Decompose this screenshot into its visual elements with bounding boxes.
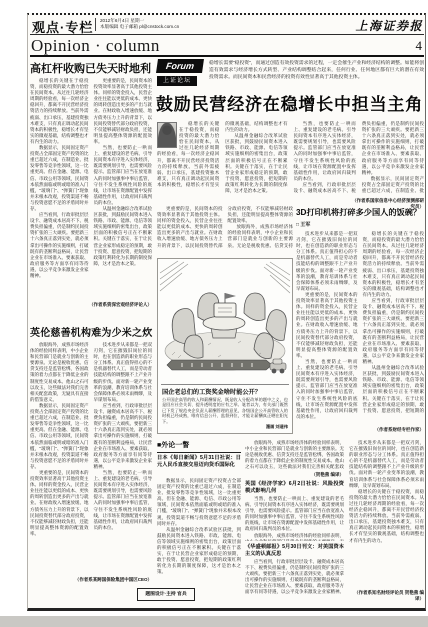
foreign-item2-body: 当然，也要防止一哄而上、重复建设的老毛病。引导民间资本有序进入实体经济，既需要规…: [245, 496, 344, 541]
paragraph: 从温州金融综合改革试验区获批，到鼓励民间资本进入铁路、市政、能源、电信等领域实施…: [225, 133, 287, 194]
editor-line: 本版编辑 电子邮箱 pl@cnstock.com.cn: [100, 24, 245, 30]
cartoon-image: [158, 259, 292, 383]
masthead-meta: 2012年6月4日 星期一 本版编辑 电子邮箱 pl@cnstock.com.c…: [95, 18, 245, 31]
article-charity-body: 放眼海外，成熟市场经济体的经验同样表明，中小企业和民营部门是就业与创新的主要源泉…: [30, 342, 152, 574]
article-leverage-headline: 高杠杆收购已失天时地利: [30, 60, 152, 76]
main-article-body-continued: 更重要的是，民间资本的投资效率显著高于其他投资主体。同样的资金投入，民营企业往往…: [157, 206, 293, 253]
paragraph: 应当看到，行政审批层层设卡、融资成本居高不下、税费负担偏重，仍是制约民间投资扩张…: [94, 403, 153, 470]
editorial-cartoon-block: 国企老总们的工资奖金啥时能公开？ 公开国企高管的收入和薪酬情况，既是收入分配改革…: [157, 258, 293, 434]
main-article-headline: 鼓励民营经济在稳增长中担当主角: [156, 90, 424, 115]
paragraph: 放眼海外，成熟市场经济体的经验同样表明，中小企业和民营部门是就业与创新的主要源泉…: [245, 440, 344, 470]
foreign-item3-body: 应当看到，行政审批层层设卡、融资成本居高不下、税费负担偏重，仍是制约民间投资扩张…: [245, 559, 344, 604]
paragraph: 放眼海外，成熟市场经济体的经验同样表明，中小企业和民营部门是就业与创新的主要源泉…: [30, 342, 89, 403]
article-charity-attribution: （作者系某跨国保险集团中国区CEO）: [72, 577, 152, 583]
paper-name-logo: 上海证券报: [320, 17, 423, 34]
forum-badge-cn: 上证论坛: [157, 76, 197, 86]
paragraph: 应当看到，行政审批层层设卡、融资成本居高不下、税费负担偏重，仍是制约民间投资扩张…: [245, 559, 344, 596]
banner: [167, 360, 272, 370]
paragraph: 数据显示，民间固定资产投资占全部固定资产投资的比重已超过六成，在制造业、批发零售…: [157, 478, 241, 527]
article-3dprint-headline: 3D打印机将打碎多少国人的饭碗？: [296, 207, 424, 218]
paragraph: 稳增长的关键在于稳投资，而稳投资的最大潜力恰恰在民间资本。从过往几轮经济周期的经…: [349, 489, 424, 544]
paragraph: 放眼海外，成熟市场经济体的经验同样表明，中小企业和民营部门是就业与创新的主要源泉…: [245, 533, 344, 541]
header-divider-rule: [30, 55, 424, 57]
paragraph: 当然，也要防止一哄而上、重复建设的老毛病。引导民间资本有序进入实体经济，既需要规…: [94, 145, 153, 206]
paragraph: 从温州金融综合改革试验区获批，到鼓励民间资本进入铁路、市政、能源、电信等领域实施…: [157, 527, 241, 576]
foreign-item3-credit: （作者系知名财经评论员 贺艳燕 编译）: [349, 590, 424, 602]
foreign-item1-body-continued: 放眼海外，成熟市场经济体的经验同样表明，中小企业和民营部门是就业与创新的主要源泉…: [245, 440, 344, 470]
foreign-item1-credit: （贺艳燕 编译）: [282, 472, 344, 478]
main-article-body: 稳增长的关键在于稳投资，而稳投资的最大潜力恰恰在民间资本。从过往几轮经济周期的经…: [157, 121, 424, 197]
paragraph: 数据显示，民间固定资产投资占全部固定资产投资的比重已超过六成，在制造业、批发零售…: [30, 403, 89, 470]
article-3dprint-body: 技术进步从来都是一把双刃剑，它在摧毁旧岗位的同时，也在创造新的职业形态与分工体系…: [296, 231, 424, 425]
foreign-item1-title: 日本《每日新闻》5月31日社说：日元人民币直接交易迈向货币国际化: [157, 455, 241, 468]
cartoon-credit: 漫画 刘道伟: [158, 424, 292, 430]
scan-background-strip: [0, 616, 428, 627]
paragraph: 技术进步从来都是一把双刃剑，它在摧毁旧岗位的同时，也在创造新的职业形态与分工体系…: [94, 342, 153, 403]
article-3dprint-attribution: （作者系财经专栏作家）: [360, 427, 424, 433]
paragraph: 稳增长的关键在于稳投资，而稳投资的最大潜力恰恰在民间资本。从过往几轮经济周期的经…: [363, 231, 425, 298]
foreign-item3-body-continued: 技术进步从来都是一把双刃剑，它在摧毁旧岗位的同时，也在创造新的职业形态与分工体系…: [349, 440, 424, 588]
paragraph: 稳增长的关键在于稳投资，而稳投资的最大潜力恰恰在民间资本。从过往几轮经济周期的经…: [30, 78, 89, 145]
paragraph: 当然，也要防止一哄而上、重复建设的老毛病。引导民间资本有序进入实体经济，既需要规…: [245, 496, 344, 533]
paragraph: 更重要的是，民间资本的投资效率显著高于其他投资主体。同样的资金投入，民营企业往往…: [94, 78, 153, 145]
footer-credit-box: 题图设计·主持 官兵: [137, 588, 195, 601]
paragraph: 当然，也要防止一哄而上、重复建设的老毛病。引导民间资本有序进入实体经济，既需要规…: [94, 470, 153, 531]
paragraph: 更重要的是，民间资本的投资效率显著高于其他投资主体。同样的资金投入，民营企业往往…: [30, 470, 89, 537]
article-leverage-attribution: （作者系资深宏观经济评论人）: [88, 302, 152, 308]
author-portrait-photo: [157, 122, 177, 148]
foreign-section-header: ■外论一瞥: [157, 440, 241, 453]
paragraph: 应当看到，行政审批层层设卡、融资成本居高不下、税费负担偏重，仍是制约民间投资扩张…: [363, 298, 425, 365]
paragraph: 技术进步从来都是一把双刃剑，它在摧毁旧岗位的同时，也在创造新的职业形态与分工体系…: [296, 231, 358, 292]
masthead-rule: [30, 34, 424, 35]
paragraph: 当然，也要防止一哄而上、重复建设的老毛病。引导民间资本有序进入实体经济，既需要规…: [296, 359, 358, 420]
page-number: 4: [398, 38, 422, 54]
paragraph: 数据显示，民间固定资产投资占全部固定资产投资的比重已超过六成，在制造业、批发零售…: [30, 145, 89, 212]
paragraph: 技术进步从来都是一把双刃剑，它在摧毁旧岗位的同时，也在创造新的职业形态与分工体系…: [349, 440, 424, 489]
paragraph: 应当看到，行政审批层层设卡、融资成本居高不下、税费负担偏重，仍是制约民间投资扩张…: [30, 212, 89, 279]
main-article-lead: 稳增长需要“稳投资”，而通过创造有效投资需求的过程，一定会催生产业和经济结构的调…: [209, 60, 424, 89]
forum-badge-en: Forum: [156, 59, 204, 73]
section-title-en: Opinion · column: [31, 36, 160, 56]
cartoon-caption-body: 公开国企高管的收入和薪酬情况，既是收入分配改革的题中之义，也是回应社会关切、提升…: [158, 396, 292, 424]
paragraph: 更重要的是，民间资本的投资效率显著高于其他投资主体。同样的资金投入，民营企业往往…: [296, 292, 358, 359]
caption-divider: [161, 384, 289, 385]
foreign-item3-title: 《华盛顿邮报》5月30日刊文：对美国资本主义的认真反思: [245, 544, 344, 557]
paragraph: 从温州金融综合改革试验区获批，到鼓励民间资本进入铁路、市政、能源、电信等领域实施…: [94, 206, 153, 267]
article-leverage-body: 稳增长的关键在于稳投资，而稳投资的最大潜力恰恰在民间资本。从过往几轮经济周期的经…: [30, 78, 152, 300]
foreign-item2-title: 英国《经济学家》6月2日社说：风险投资模式影响几何: [245, 481, 344, 494]
article-charity-headline: 英伦慈善机构难为少米之炊: [30, 324, 152, 339]
article-3dprint-byline: □ 王军: [296, 221, 310, 228]
cartoon-caption-title: 国企老总们的工资奖金啥时能公开？: [158, 387, 292, 396]
paragraph: 当然，也要防止一哄而上、重复建设的老毛病。引导民间资本有序进入实体经济，既需要规…: [294, 121, 356, 182]
foreign-item1-body: 数据显示，民间固定资产投资占全部固定资产投资的比重已超过六成，在制造业、批发零售…: [157, 478, 241, 581]
